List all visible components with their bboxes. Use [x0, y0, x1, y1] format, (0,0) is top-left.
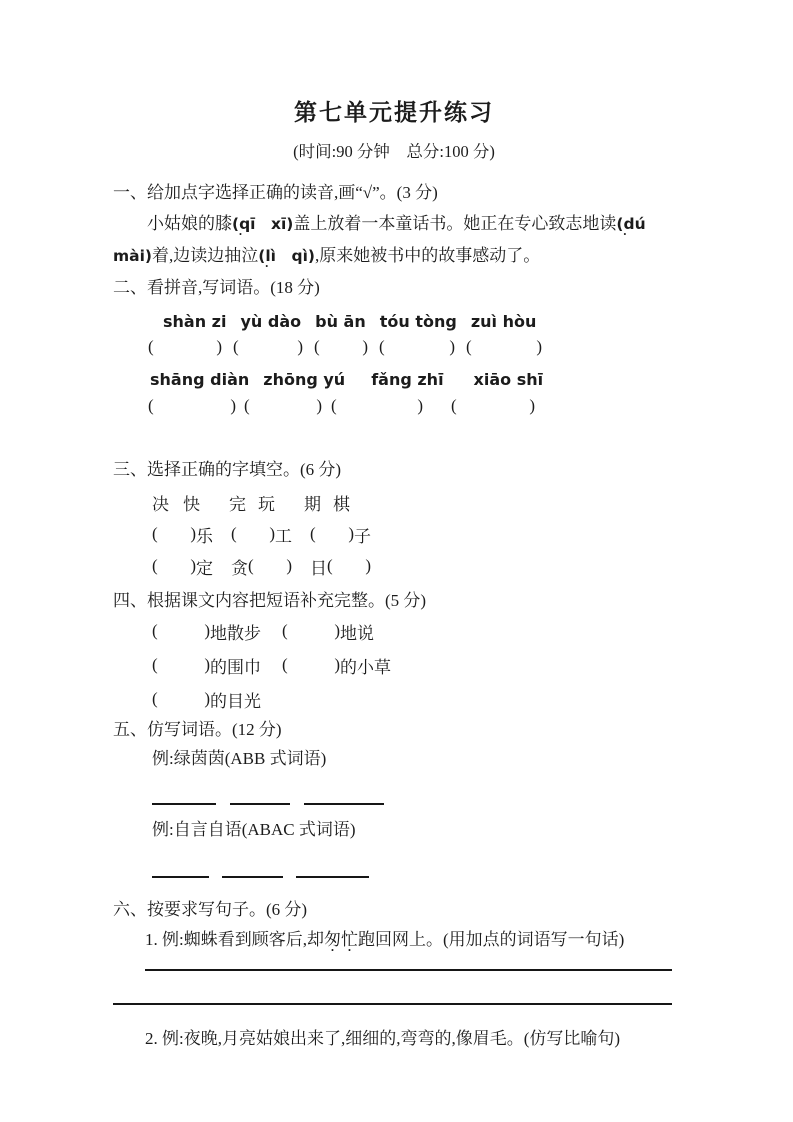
- blank-line-row-1: [113, 787, 675, 805]
- example-abac: 例:自言自语(ABAC 式词语): [152, 816, 675, 844]
- answer-blank-line: [152, 787, 216, 805]
- prefix-character: 贪: [231, 554, 248, 579]
- answer-bracket: (): [331, 396, 423, 416]
- open-paren: (: [152, 556, 158, 576]
- close-paren: ): [297, 337, 303, 357]
- emphasized-character: 匆: [324, 930, 341, 949]
- open-paren: (: [152, 689, 158, 709]
- answer-bracket: (): [379, 337, 455, 357]
- answer-line: [113, 1001, 672, 1005]
- answer-bracket: (): [233, 337, 303, 357]
- choice-character: 期: [304, 490, 321, 515]
- suffix-character: 子: [354, 522, 371, 547]
- pinyin-word: yù dào: [240, 312, 301, 331]
- answer-bracket: (): [282, 621, 340, 641]
- choice-character: 玩: [258, 490, 275, 515]
- worksheet-page: 第七单元提升练习 (时间:90 分钟 总分:100 分) 一、给加点字选择正确的…: [0, 0, 793, 1122]
- section-6-heading: 六、按要求写句子。(6 分): [113, 894, 675, 925]
- fill-blank-row-a: ()乐 ()工 ()子: [113, 520, 675, 548]
- answer-bracket: (): [152, 524, 196, 544]
- open-paren: (: [451, 396, 457, 416]
- suffix-character: 工: [275, 522, 292, 547]
- close-paren: ): [286, 556, 292, 576]
- pinyin-word: bù ān: [315, 312, 366, 331]
- blank-line-row-2: [113, 860, 675, 878]
- suffix-character: 定: [196, 554, 213, 579]
- open-paren: (: [148, 396, 154, 416]
- phrase-suffix: 地散步: [210, 619, 261, 644]
- answer-blank-line: [222, 860, 283, 878]
- open-paren: (: [379, 337, 385, 357]
- phrase-suffix: 的小草: [340, 653, 391, 678]
- answer-bracket-row-2: () () () (): [113, 392, 675, 420]
- answer-blank-line: [152, 860, 209, 878]
- pinyin-row-2: shāng diàn zhōng yú fǎng zhī xiāo shī: [113, 361, 675, 389]
- pinyin-word: zuì hòu: [471, 312, 537, 331]
- pinyin-word: shāng diàn: [150, 370, 249, 389]
- open-paren: (: [231, 524, 237, 544]
- close-paren: ): [449, 337, 455, 357]
- answer-bracket: (): [451, 396, 535, 416]
- time-and-total-score: (时间:90 分钟 总分:100 分): [113, 140, 675, 164]
- section-1-heading: 一、给加点字选择正确的读音,画“√”。(3 分): [113, 177, 675, 208]
- fill-blank-group: ()工: [231, 522, 292, 547]
- open-paren: (: [466, 337, 472, 357]
- answer-blank-line: [230, 787, 290, 805]
- pinyin-word: shàn zi: [163, 312, 226, 331]
- open-paren: (: [282, 655, 288, 675]
- phrase-group: ()的围巾: [152, 653, 261, 678]
- emphasized-character: 泣: [241, 246, 258, 265]
- phrase-group: ()的小草: [282, 653, 391, 678]
- answer-bracket: (): [148, 396, 236, 416]
- answer-blank-line: [304, 787, 384, 805]
- phrase-row-1: ()地散步 ()地说: [113, 616, 675, 646]
- sentence-prompt-1: 1. 例:蜘蛛看到顾客后,却匆忙跑回网上。(用加点的词语写一句话): [145, 925, 675, 955]
- emphasized-character: 读: [599, 214, 616, 233]
- phrase-group: ()的目光: [152, 687, 261, 712]
- section-4-heading: 四、根据课文内容把短语补充完整。(5 分): [113, 585, 675, 616]
- text-run: 着,边读边抽: [152, 246, 241, 265]
- answer-blank-line: [296, 860, 369, 878]
- answer-bracket-row-1: () () () () (): [113, 333, 675, 361]
- open-paren: (: [148, 337, 154, 357]
- answer-bracket: (): [152, 655, 210, 675]
- open-paren: (: [152, 524, 158, 544]
- section-3-heading: 三、选择正确的字填空。(6 分): [113, 454, 675, 485]
- answer-bracket: (): [152, 556, 196, 576]
- open-paren: (: [310, 524, 316, 544]
- close-paren: ): [362, 337, 368, 357]
- section-2-heading: 二、看拼音,写词语。(18 分): [113, 272, 675, 303]
- pinyin-word: zhōng yú: [263, 370, 345, 389]
- fill-blank-group: ()乐: [152, 522, 213, 547]
- open-paren: (: [248, 556, 254, 576]
- answer-bracket: (): [310, 524, 354, 544]
- pinyin-row-1: shàn zi yù dào bù ān tóu tòng zuì hòu: [113, 303, 675, 331]
- answer-bracket: (): [248, 556, 292, 576]
- answer-bracket: (): [466, 337, 542, 357]
- phrase-suffix: 的目光: [210, 687, 261, 712]
- answer-line: [145, 967, 672, 971]
- close-paren: ): [216, 337, 222, 357]
- pinyin-word: fǎng zhī: [371, 370, 443, 389]
- text-run: 跑回网上。(用加点的词语写一句话): [358, 930, 624, 949]
- phrase-suffix: 的围巾: [210, 653, 261, 678]
- phrase-row-3: ()的目光: [113, 684, 675, 714]
- answer-bracket: (): [152, 689, 210, 709]
- pinyin-word: xiāo shī: [474, 370, 544, 389]
- example-abb: 例:绿茵茵(ABB 式词语): [152, 745, 675, 773]
- open-paren: (: [233, 337, 239, 357]
- close-paren: ): [230, 396, 236, 416]
- open-paren: (: [244, 396, 250, 416]
- fill-blank-row-b: ()定 贪() 日(): [113, 552, 675, 580]
- section-1-reading-paragraph: 小姑娘的膝(qī xī)盖上放着一本童话书。她正在专心致志地读(dú mài)着…: [113, 208, 675, 272]
- section-5-heading: 五、仿写词语。(12 分): [113, 714, 675, 745]
- open-paren: (: [152, 621, 158, 641]
- open-paren: (: [331, 396, 337, 416]
- answer-bracket: (): [231, 524, 275, 544]
- text-run: 1. 例:蜘蛛看到顾客后,却: [145, 930, 324, 949]
- emphasized-character: 膝: [215, 214, 232, 233]
- text-run: 盖上放着一本童话书。她正在专心致志地: [293, 214, 599, 233]
- emphasized-character: 忙: [341, 930, 358, 949]
- document-title: 第七单元提升练习: [113, 95, 675, 129]
- answer-bracket: (): [244, 396, 322, 416]
- phrase-group: ()地说: [282, 619, 374, 644]
- close-paren: ): [417, 396, 423, 416]
- answer-bracket: (): [148, 337, 222, 357]
- open-paren: (: [327, 556, 333, 576]
- fill-blank-group: 贪(): [231, 554, 292, 579]
- suffix-character: 乐: [196, 522, 213, 547]
- worksheet-content: 第七单元提升练习 (时间:90 分钟 总分:100 分) 一、给加点字选择正确的…: [113, 95, 675, 1054]
- phrase-group: ()地散步: [152, 619, 261, 644]
- pinyin-word: tóu tòng: [380, 312, 457, 331]
- open-paren: (: [314, 337, 320, 357]
- phrase-row-2: ()的围巾 ()的小草: [113, 650, 675, 680]
- fill-blank-group: ()定: [152, 554, 213, 579]
- answer-bracket: (): [152, 621, 210, 641]
- close-paren: ): [536, 337, 542, 357]
- answer-bracket: (): [327, 556, 371, 576]
- fill-blank-group: 日(): [310, 554, 371, 579]
- text-run: ,原来她被书中的故事感动了。: [315, 246, 540, 265]
- open-paren: (: [152, 655, 158, 675]
- sentence-prompt-2: 2. 例:夜晚,月亮姑娘出来了,细细的,弯弯的,像眉毛。(仿写比喻句): [145, 1024, 675, 1054]
- choice-character: 决: [152, 490, 169, 515]
- answer-bracket: (): [282, 655, 340, 675]
- close-paren: ): [316, 396, 322, 416]
- answer-bracket: (): [314, 337, 368, 357]
- close-paren: ): [365, 556, 371, 576]
- prefix-character: 日: [310, 554, 327, 579]
- fill-blank-group: ()子: [310, 522, 371, 547]
- phrase-suffix: 地说: [340, 619, 374, 644]
- open-paren: (: [282, 621, 288, 641]
- choice-character: 快: [183, 490, 200, 515]
- choice-character: 完: [229, 490, 246, 515]
- choice-character: 棋: [333, 490, 350, 515]
- close-paren: ): [529, 396, 535, 416]
- choice-characters-row: 决 快 完 玩 期 棋: [113, 488, 675, 516]
